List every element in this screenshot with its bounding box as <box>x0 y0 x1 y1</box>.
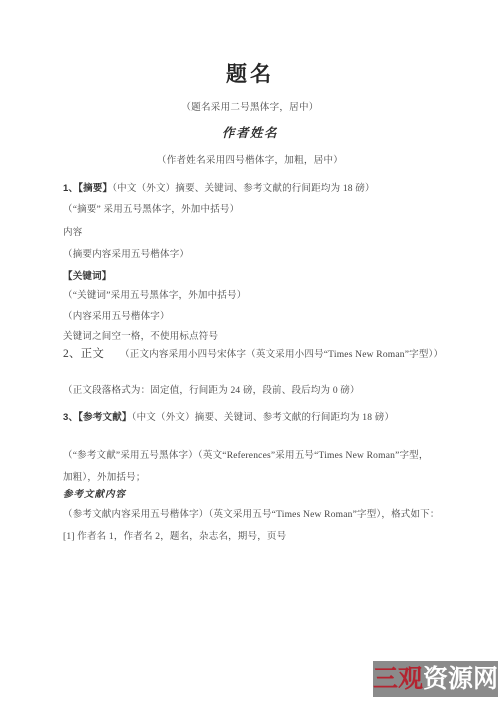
body-line-references-heading: 3、【参考文献】（中文（外文）摘要、关键词、参考文献的行间距均为 18 磅） <box>63 412 394 424</box>
body-line: 加粗），外加括号； <box>63 472 146 484</box>
body-line: （“参考文献”采用五号黑体字）（英文“References”采用五号“Times… <box>63 450 429 462</box>
body-line: [1] 作者名 1，作者名 2，题名，杂志名，期号，页号 <box>63 531 286 543</box>
site-watermark: 三观资源网 <box>373 661 498 697</box>
line-text: （摘要内容采用五号楷体字） <box>63 250 189 260</box>
line-text: （“关键词”采用五号黑体字，外加中括号） <box>63 291 246 301</box>
line-text: （“摘要” 采用五号黑体字，外加中括号） <box>63 205 239 215</box>
line-prefix: 【关键词】 <box>63 271 112 282</box>
body-line-abstract-heading: 1、【摘要】（中文（外文）摘要、关键词、参考文献的行间距均为 18 磅） <box>63 183 375 195</box>
line-text: 关键词之间空一格，不使用标点符号 <box>63 332 218 342</box>
line-prefix: 2、正文 <box>63 348 104 360</box>
document-page: 题名 （题名采用二号黑体字，居中） 作者姓名 （作者姓名采用四号楷体字，加粗，居… <box>0 0 500 708</box>
line-text: （中文（外文）摘要、关键词、参考文献的行间距均为 18 磅） <box>132 413 395 423</box>
line-text: 加粗），外加括号； <box>63 473 146 483</box>
line-text: 内容 <box>63 228 82 238</box>
line-text: [1] 作者名 1，作者名 2，题名，杂志名，期号，页号 <box>63 532 286 542</box>
line-prefix: 1、【摘要】 <box>63 183 112 194</box>
body-line: （正文段落格式为：固定值，行间距为 24 磅，段前、段后均为 0 磅） <box>63 385 360 397</box>
body-line: （内容采用五号楷体字） <box>63 311 170 323</box>
line-text: （正文内容采用小四号宋体字（英文采用小四号“Times New Roman”字型… <box>104 350 443 360</box>
line-text: （正文段落格式为：固定值，行间距为 24 磅，段前、段后均为 0 磅） <box>63 386 360 396</box>
body-line: （参考文献内容采用五号楷体字）（英文采用五号“Times New Roman”字… <box>63 509 440 521</box>
body-line: 关键词之间空一格，不使用标点符号 <box>63 331 218 343</box>
body-line: （“摘要” 采用五号黑体字，外加中括号） <box>63 204 239 216</box>
line-text: （“参考文献”采用五号黑体字）（英文“References”采用五号“Times… <box>63 451 429 461</box>
body-line-references-content-heading: 参考文献内容 <box>63 489 126 501</box>
line-text: （中文（外文）摘要、关键词、参考文献的行间距均为 18 磅） <box>112 184 375 194</box>
body-line-keywords-heading: 【关键词】 <box>63 271 112 283</box>
body-line-maintext-heading: 2、正文（正文内容采用小四号宋体字（英文采用小四号“Times New Roma… <box>63 348 443 361</box>
line-prefix: 3、【参考文献】 <box>63 412 132 423</box>
watermark-white-text: 资源网 <box>423 661 498 697</box>
title-format-caption: （题名采用二号黑体字，居中） <box>0 99 500 113</box>
line-text: （参考文献内容采用五号楷体字）（英文采用五号“Times New Roman”字… <box>63 510 440 520</box>
line-text: （内容采用五号楷体字） <box>63 312 170 322</box>
author-name: 作者姓名 <box>0 123 500 141</box>
author-format-caption: （作者姓名采用四号楷体字，加粗，居中） <box>0 152 500 166</box>
line-prefix: 参考文献内容 <box>63 490 126 500</box>
body-line: （摘要内容采用五号楷体字） <box>63 249 189 261</box>
body-line: 内容 <box>63 227 82 239</box>
body-line: （“关键词”采用五号黑体字，外加中括号） <box>63 290 246 302</box>
page-title: 题名 <box>0 58 500 88</box>
watermark-red-text: 三观 <box>373 661 423 697</box>
